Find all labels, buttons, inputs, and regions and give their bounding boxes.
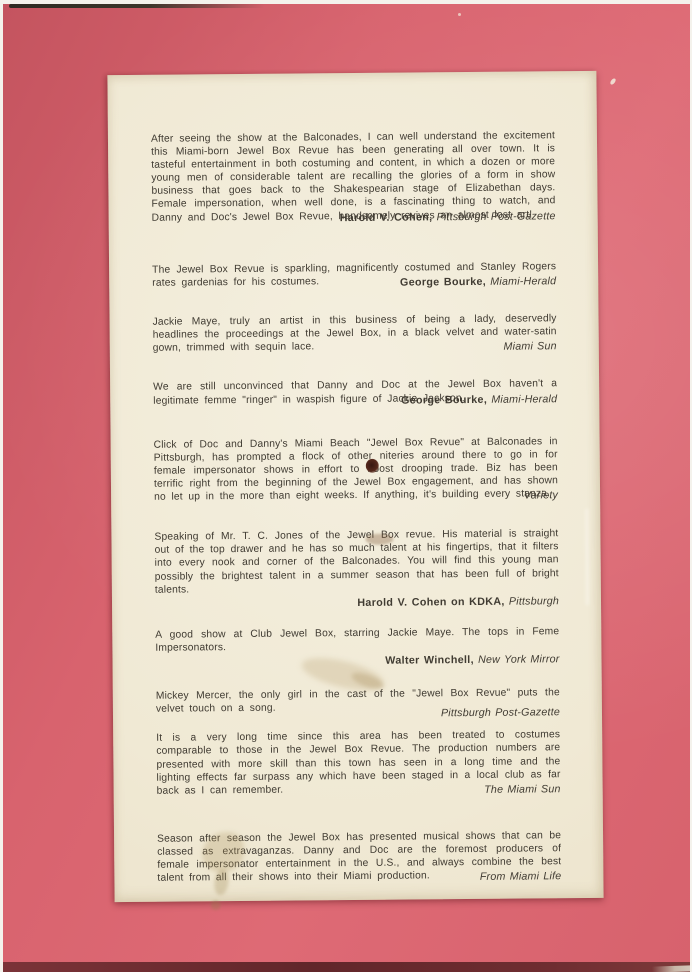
- quote-block: After seeing the show at the Balconades,…: [151, 129, 556, 226]
- attribution-source: Pittsburgh Post-Gazette: [441, 707, 560, 720]
- quote-block: It is a very long time since this area h…: [156, 729, 561, 800]
- attribution-name: Harold V. Cohen,: [340, 211, 433, 224]
- top-edge-shadow: [9, 4, 265, 8]
- attribution-source: Miami Sun: [503, 341, 556, 353]
- quote-text: Click of Doc and Danny's Miami Beach "Je…: [154, 435, 559, 504]
- attribution-name: Harold V. Cohen on KDKA,: [357, 595, 504, 608]
- attribution-source: The Miami Sun: [484, 783, 561, 796]
- review-text-column: After seeing the show at the Balconades,…: [151, 129, 562, 901]
- paper-crease: [585, 509, 589, 605]
- paper-speck: [609, 78, 616, 86]
- review-page-paper: After seeing the show at the Balconades,…: [107, 71, 603, 902]
- quote-block: Speaking of Mr. T. C. Jones of the Jewel…: [154, 527, 559, 611]
- quote-block: A good show at Club Jewel Box, starring …: [155, 625, 559, 670]
- attribution-name: George Bourke,: [401, 393, 487, 406]
- quote-block: We are still unconvinced that Danny and …: [153, 378, 557, 410]
- quote-text: A good show at Club Jewel Box, starring …: [155, 625, 559, 655]
- attribution-source: Miami-Herald: [490, 275, 556, 288]
- quote-block: Mickey Mercer, the only girl in the cast…: [156, 686, 560, 723]
- bottom-edge-shadow: [3, 962, 690, 972]
- quote-block: Jackie Maye, truly an artist in this bus…: [153, 312, 557, 357]
- attribution-name: Walter Winchell,: [385, 654, 474, 667]
- bottom-right-table-edge: [652, 965, 690, 972]
- attribution-source: Miami-Herald: [491, 393, 557, 406]
- paper-speck: [458, 13, 461, 16]
- quote-text: Speaking of Mr. T. C. Jones of the Jewel…: [154, 527, 559, 596]
- attribution-source: Pittsburgh: [509, 595, 559, 607]
- quote-block: The Jewel Box Revue is sparkling, magnif…: [152, 260, 556, 292]
- attribution-source: Variety: [524, 489, 558, 501]
- attribution-name: George Bourke,: [400, 276, 486, 289]
- attribution-source: From Miami Life: [480, 871, 562, 884]
- attribution-source: Pittsburgh Post-Gazette: [437, 210, 556, 223]
- quote-block: Click of Doc and Danny's Miami Beach "Je…: [154, 435, 559, 506]
- quote-attribution: Harold V. Cohen on KDKA, Pittsburgh: [155, 595, 559, 612]
- quote-block: Season after season the Jewel Box has pr…: [157, 829, 561, 887]
- quote-attribution: Walter Winchell, New York Mirror: [155, 653, 559, 670]
- attribution-source: New York Mirror: [478, 653, 560, 666]
